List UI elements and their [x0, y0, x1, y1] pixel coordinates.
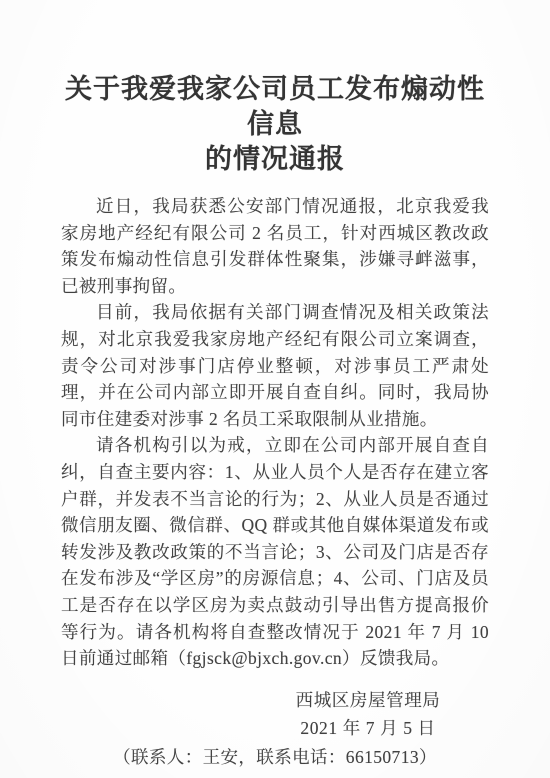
document-title-line-1: 关于我爱我家公司员工发布煽动性信息 — [61, 72, 489, 142]
document-body: 近日，我局获悉公安部门情况通报，北京我爱我家房地产经纪有限公司 2 名员工，针对… — [61, 193, 489, 672]
paragraph-incident: 近日，我局获悉公安部门情况通报，北京我爱我家房地产经纪有限公司 2 名员工，针对… — [61, 193, 489, 299]
scanned-notice-page: 关于我爱我家公司员工发布煽动性信息 的情况通报 近日，我局获悉公安部门情况通报，… — [0, 0, 550, 778]
contact-info: （联系人：王安，联系电话：66150713） — [61, 743, 489, 771]
document-title: 关于我爱我家公司员工发布煽动性信息 的情况通报 — [61, 72, 489, 177]
issuer-name: 西城区房屋管理局 — [247, 686, 489, 714]
document-title-line-2: 的情况通报 — [61, 142, 489, 177]
signature-block: 西城区房屋管理局 2021 年 7 月 5 日 — [247, 686, 489, 742]
issue-date: 2021 年 7 月 5 日 — [247, 714, 489, 742]
document-content: 关于我爱我家公司员工发布煽动性信息 的情况通报 近日，我局获悉公安部门情况通报，… — [61, 0, 489, 771]
paragraph-self-inspection: 请各机构引以为戒，立即在公司内部开展自查自纠，自查主要内容：1、从业人员个人是否… — [61, 432, 489, 671]
paragraph-measures: 目前，我局依据有关部门调查情况及相关政策法规，对北京我爱我家房地产经纪有限公司立… — [61, 299, 489, 432]
